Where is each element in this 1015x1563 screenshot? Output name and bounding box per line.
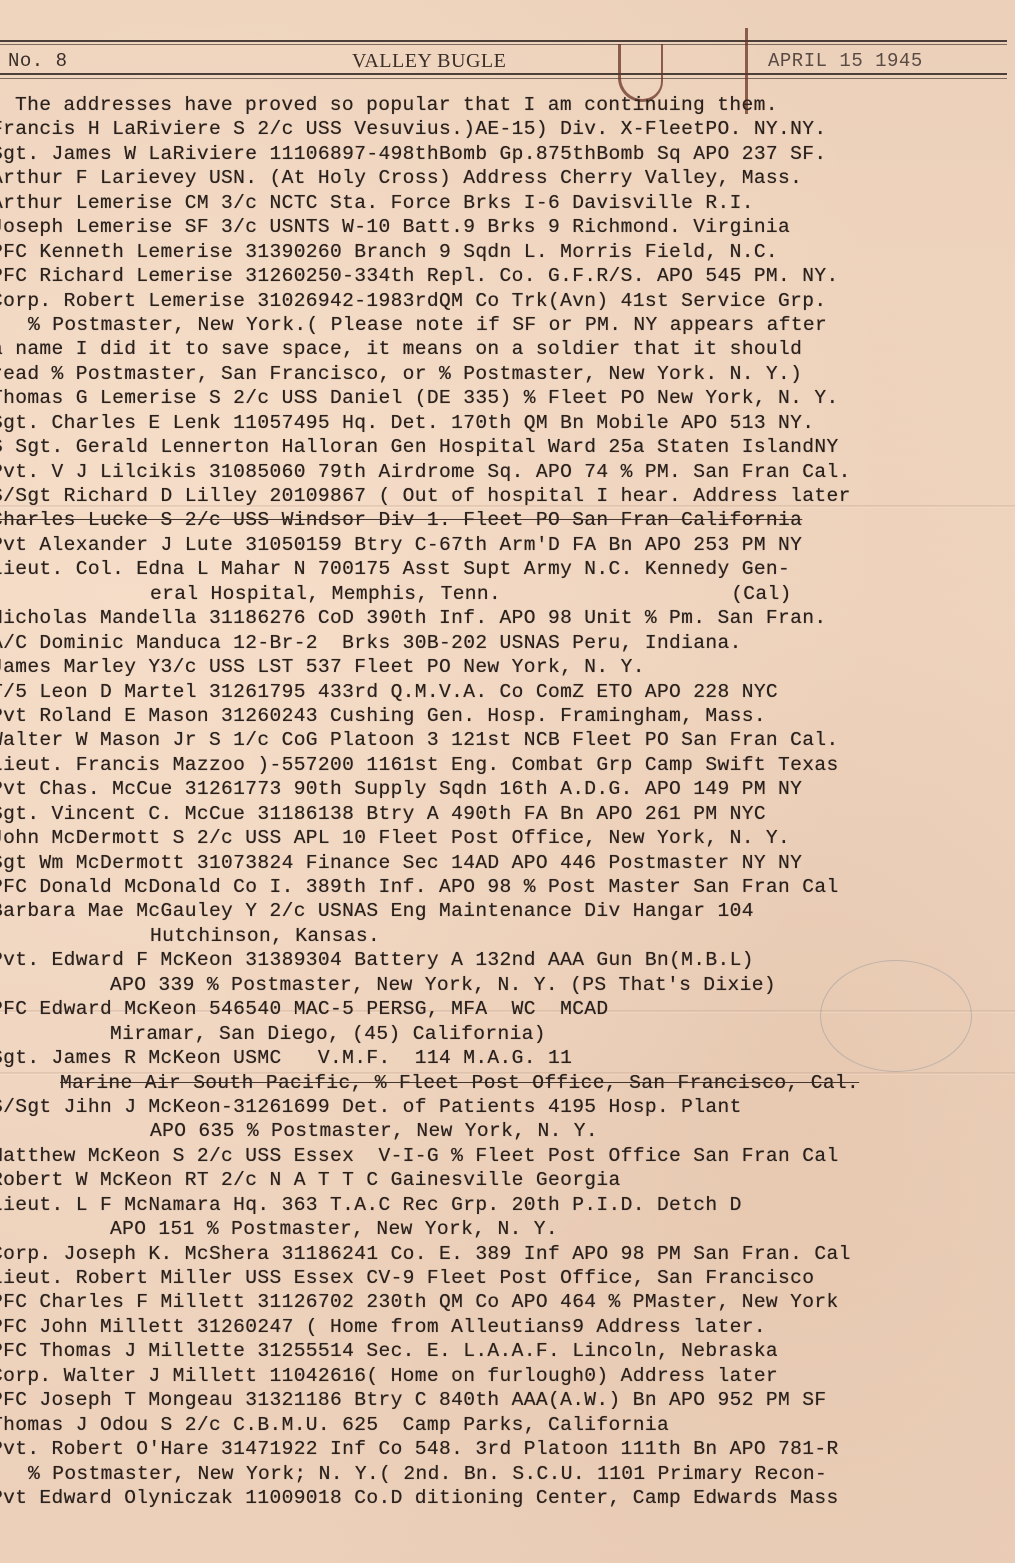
address-line: Lieut. Col. Edna L Mahar N 700175 Asst S… [0,557,1015,581]
masthead-rule-bottom [0,73,1007,75]
address-line: Thomas G Lemerise S 2/c USS Daniel (DE 3… [0,386,1015,410]
masthead-rule-top [0,40,1007,42]
address-line: APO 635 % Postmaster, New York, N. Y. [150,1119,1015,1143]
address-line: S/Sgt Jihn J McKeon-31261699 Det. of Pat… [0,1095,1015,1119]
address-line: Pvt. Robert O'Hare 31471922 Inf Co 548. … [0,1437,1015,1461]
address-line: Matthew McKeon S 2/c USS Essex V-I-G % F… [0,1144,1015,1168]
address-line: Pvt Alexander J Lute 31050159 Btry C-67t… [0,533,1015,557]
address-line: PFC Kenneth Lemerise 31390260 Branch 9 S… [0,240,1015,264]
address-line: Lieut. L F McNamara Hq. 363 T.A.C Rec Gr… [0,1193,1015,1217]
address-line: Miramar, San Diego, (45) California) [110,1022,1015,1046]
address-line: Thomas J Odou S 2/c C.B.M.U. 625 Camp Pa… [0,1413,1015,1437]
address-line: PFC Richard Lemerise 31260250-334th Repl… [0,264,1015,288]
address-line: T/5 Leon D Martel 31261795 433rd Q.M.V.A… [0,680,1015,704]
address-line: Arthur F Larievey USN. (At Holy Cross) A… [0,166,1015,190]
address-line: Pvt Chas. McCue 31261773 90th Supply Sqd… [0,777,1015,801]
address-line: Corp. Walter J Millett 11042616( Home on… [0,1364,1015,1388]
address-line: PFC Edward McKeon 546540 MAC-5 PERSG, MF… [0,997,1015,1021]
address-line: PFC Thomas J Millette 31255514 Sec. E. L… [0,1339,1015,1363]
issue-date: APRIL 15 1945 [768,50,923,72]
address-line: eral Hospital, Memphis, Tenn. (Cal) [150,582,1015,606]
address-line: Sgt. James R McKeon USMC V.M.F. 114 M.A.… [0,1046,1015,1070]
address-line: Pvt. Edward F McKeon 31389304 Battery A … [0,948,1015,972]
address-line: APO 339 % Postmaster, New York, N. Y. (P… [110,973,1015,997]
address-line: Joseph Lemerise SF 3/c USNTS W-10 Batt.9… [0,215,1015,239]
address-line: Pvt Roland E Mason 31260243 Cushing Gen.… [0,704,1015,728]
address-line: Sgt. Vincent C. McCue 31186138 Btry A 49… [0,802,1015,826]
masthead-rule-bottom-thin [0,78,1007,79]
address-line: PFC Donald McDonald Co I. 389th Inf. APO… [0,875,1015,899]
address-line: read % Postmaster, San Francisco, or % P… [0,362,1015,386]
address-line: Barbara Mae McGauley Y 2/c USNAS Eng Mai… [0,899,1015,923]
address-line: PFC Charles F Millett 31126702 230th QM … [0,1290,1015,1314]
address-line: S/Sgt Richard D Lilley 20109867 ( Out of… [0,484,1015,508]
address-line: Pvt Edward Olyniczak 11009018 Co.D ditio… [0,1486,1015,1510]
address-line: Lieut. Francis Mazzoo )-557200 1161st En… [0,753,1015,777]
address-line: John McDermott S 2/c USS APL 10 Fleet Po… [0,826,1015,850]
address-line: Francis H LaRiviere S 2/c USS Vesuvius.)… [0,117,1015,141]
address-list: The addresses have proved so popular tha… [0,93,1015,1510]
address-line: A/C Dominic Manduca 12-Br-2 Brks 30B-202… [0,631,1015,655]
intro-line: The addresses have proved so popular tha… [15,93,1015,117]
address-line: Arthur Lemerise CM 3/c NCTC Sta. Force B… [0,191,1015,215]
address-line: Sgt. James W LaRiviere 11106897-498thBom… [0,142,1015,166]
address-line: % Postmaster, New York; N. Y.( 2nd. Bn. … [28,1462,1015,1486]
masthead-rule-top-thin [0,44,1007,45]
address-line: Lieut. Robert Miller USS Essex CV-9 Flee… [0,1266,1015,1290]
address-line: S Sgt. Gerald Lennerton Halloran Gen Hos… [0,435,1015,459]
address-line: PFC Joseph T Mongeau 31321186 Btry C 840… [0,1388,1015,1412]
address-line: Sgt Wm McDermott 31073824 Finance Sec 14… [0,851,1015,875]
address-line: Walter W Mason Jr S 1/c CoG Platoon 3 12… [0,728,1015,752]
address-line: a name I did it to save space, it means … [0,337,1015,361]
address-line: Nicholas Mandella 31186276 CoD 390th Inf… [0,606,1015,630]
address-line: Sgt. Charles E Lenk 11057495 Hq. Det. 17… [0,411,1015,435]
address-line: Corp. Robert Lemerise 31026942-1983rdQM … [0,289,1015,313]
masthead: No. 8 VALLEY BUGLE APRIL 15 1945 [0,40,1015,88]
address-line: APO 151 % Postmaster, New York, N. Y. [110,1217,1015,1241]
address-line: PFC John Millett 31260247 ( Home from Al… [0,1315,1015,1339]
address-line: Charles Lucke S 2/c USS Windsor Div 1. F… [0,508,1015,532]
address-line: James Marley Y3/c USS LST 537 Fleet PO N… [0,655,1015,679]
address-line: Hutchinson, Kansas. [150,924,1015,948]
address-line: Pvt. V J Lilcikis 31085060 79th Airdrome… [0,460,1015,484]
newsletter-title: VALLEY BUGLE [352,50,506,73]
address-line: Corp. Joseph K. McShera 31186241 Co. E. … [0,1242,1015,1266]
address-line: Robert W McKeon RT 2/c N A T T C Gainesv… [0,1168,1015,1192]
issue-number: No. 8 [8,50,68,72]
address-line: % Postmaster, New York.( Please note if … [28,313,1015,337]
address-line: Marine Air South Pacific, % Fleet Post O… [60,1071,1015,1095]
